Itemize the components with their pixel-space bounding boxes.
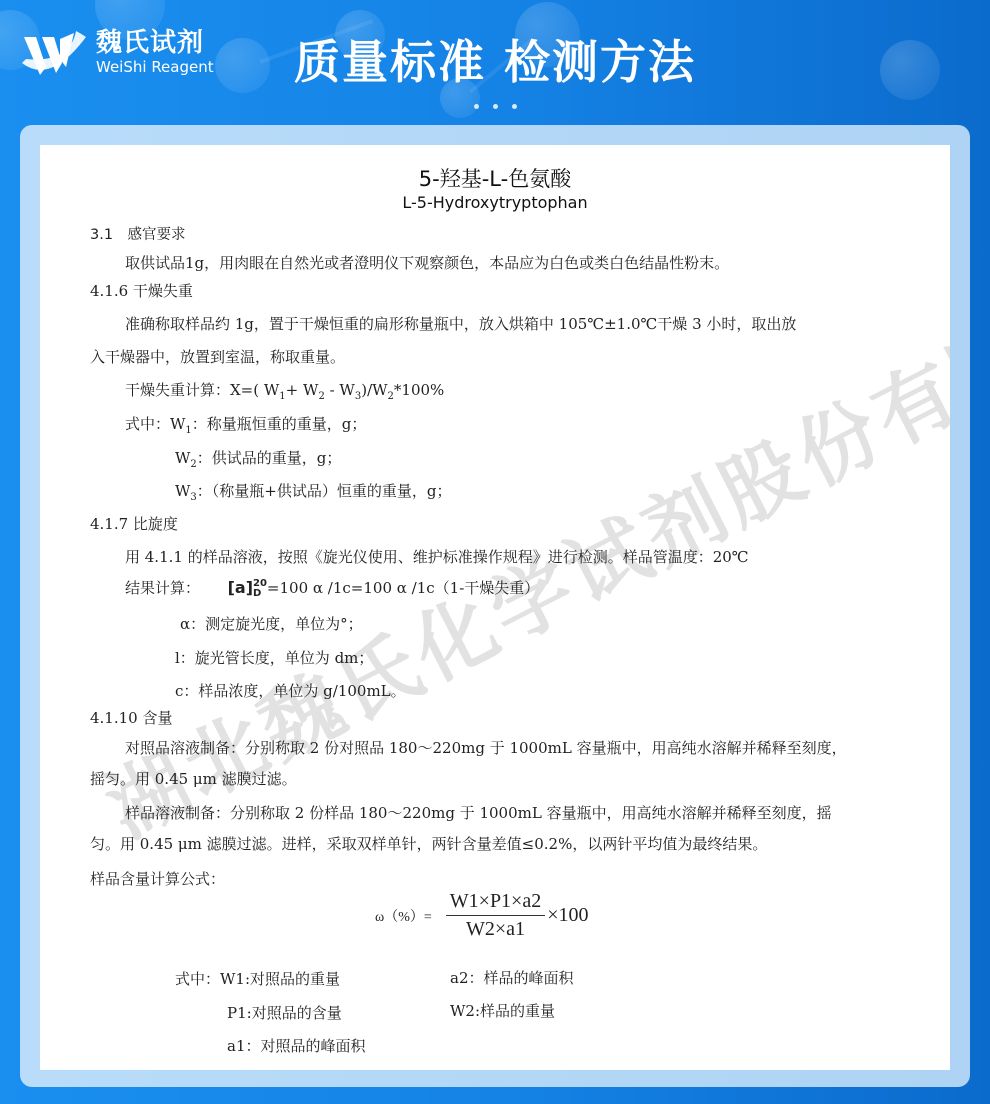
where-label: 式中：W xyxy=(125,415,185,433)
symbol-base: [a] xyxy=(228,578,253,597)
document-page: 湖北魏氏化学试剂股份有限公司 5-羟基-L-色氨酸 L-5-Hydroxytry… xyxy=(40,145,950,1070)
page-title: 质量标准 检测方法 xyxy=(0,26,990,92)
section-heading-4-1-10: 4.1.10 含量 xyxy=(90,707,172,728)
definition-text: ：称量瓶恒重的重量，g； xyxy=(192,415,367,433)
w1-ref-definition: 式中：W1:对照品的重量 xyxy=(175,968,340,989)
formula-part: - W xyxy=(325,381,355,399)
formula-label: 样品含量计算公式： xyxy=(90,868,225,889)
formula-expression: =100 α /1c=100 α /1c（1-干燥失重） xyxy=(267,579,539,597)
section-heading-4-1-6: 4.1.6 干燥失重 xyxy=(90,280,193,301)
content-formula: ω（%）= W1×P1×a2 W2×a1 ×100 xyxy=(375,890,589,941)
sample-prep-line1: 样品溶液制备：分别称取 2 份样品 180～220mg 于 1000mL 容量瓶… xyxy=(125,802,832,823)
a1-definition: a1：对照品的峰面积 xyxy=(227,1035,366,1056)
formula-part: 干燥失重计算：X=( W xyxy=(125,381,279,399)
drying-loss-formula: 干燥失重计算：X=( W1+ W2 - W3)/W2*100% xyxy=(125,379,444,402)
product-title-en: L-5-Hydroxytryptophan xyxy=(40,193,950,212)
alpha-definition: α：测定旋光度，单位为°； xyxy=(180,613,363,634)
reference-prep-line1: 对照品溶液制备：分别称取 2 份对照品 180～220mg 于 1000mL 容… xyxy=(125,737,847,758)
formula-fraction: W1×P1×a2 W2×a1 xyxy=(446,890,545,941)
rotation-procedure: 用 4.1.1 的样品溶液，按照《旋光仪使用、维护标准操作规程》进行检测。样品管… xyxy=(125,546,749,567)
formula-part: *100% xyxy=(394,381,444,399)
section-heading-4-1-7: 4.1.7 比旋度 xyxy=(90,513,178,534)
drying-procedure-line1: 准确称取样品约 1g，置于干燥恒重的扁形称量瓶中，放入烘箱中 105℃±1.0℃… xyxy=(125,313,796,334)
w1-definition: 式中：W1：称量瓶恒重的重量，g； xyxy=(125,413,366,436)
formula-numerator: W1×P1×a2 xyxy=(446,890,545,916)
var-label: W xyxy=(175,482,190,500)
drying-procedure-line2: 入干燥器中，放置到室温，称取重量。 xyxy=(90,346,345,367)
specific-rotation-symbol: [a]20D xyxy=(228,578,267,597)
w2-definition: W2：供试品的重量，g； xyxy=(175,447,341,470)
sample-prep-line2: 匀。用 0.45 μm 滤膜过滤。进样，采取双样单针，两针含量差值≤0.2%，以… xyxy=(90,833,767,854)
reference-prep-line2: 摇匀。用 0.45 μm 滤膜过滤。 xyxy=(90,768,297,789)
c-definition: c：样品浓度，单位为 g/100mL。 xyxy=(175,680,406,701)
formula-part: )/W xyxy=(361,381,387,399)
formula-part: + W xyxy=(286,381,319,399)
rotation-formula: 结果计算： [a]20D=100 α /1c=100 α /1c（1-干燥失重） xyxy=(125,577,539,599)
formula-factor: ×100 xyxy=(547,904,588,927)
calc-label: 结果计算： xyxy=(125,579,200,597)
formula-denominator: W2×a1 xyxy=(462,916,529,941)
symbol-superscript: 20 xyxy=(253,579,267,589)
w2-sample-definition: W2:样品的重量 xyxy=(450,1000,555,1021)
formula-lhs: ω（%）= xyxy=(375,906,432,926)
product-title-cn: 5-羟基-L-色氨酸 xyxy=(40,163,950,193)
section-heading-3-1: 3.1 感官要求 xyxy=(90,223,186,244)
p1-definition: P1:对照品的含量 xyxy=(227,1002,342,1023)
symbol-subscript: D xyxy=(253,589,267,599)
title-dots-decoration xyxy=(0,94,990,113)
definition-text: ：（称量瓶+供试品）恒重的重量，g； xyxy=(197,482,452,500)
l-definition: l：旋光管长度，单位为 dm； xyxy=(175,647,373,668)
appearance-text: 取供试品1g，用肉眼在自然光或者澄明仪下观察颜色，本品应为白色或类白色结晶性粉末… xyxy=(125,252,729,273)
definition-text: ：供试品的重量，g； xyxy=(197,449,342,467)
company-watermark: 湖北魏氏化学试剂股份有限公司 xyxy=(84,210,950,859)
a2-definition: a2：样品的峰面积 xyxy=(450,967,574,988)
var-label: W xyxy=(175,449,190,467)
w3-definition: W3：（称量瓶+供试品）恒重的重量，g； xyxy=(175,480,451,503)
